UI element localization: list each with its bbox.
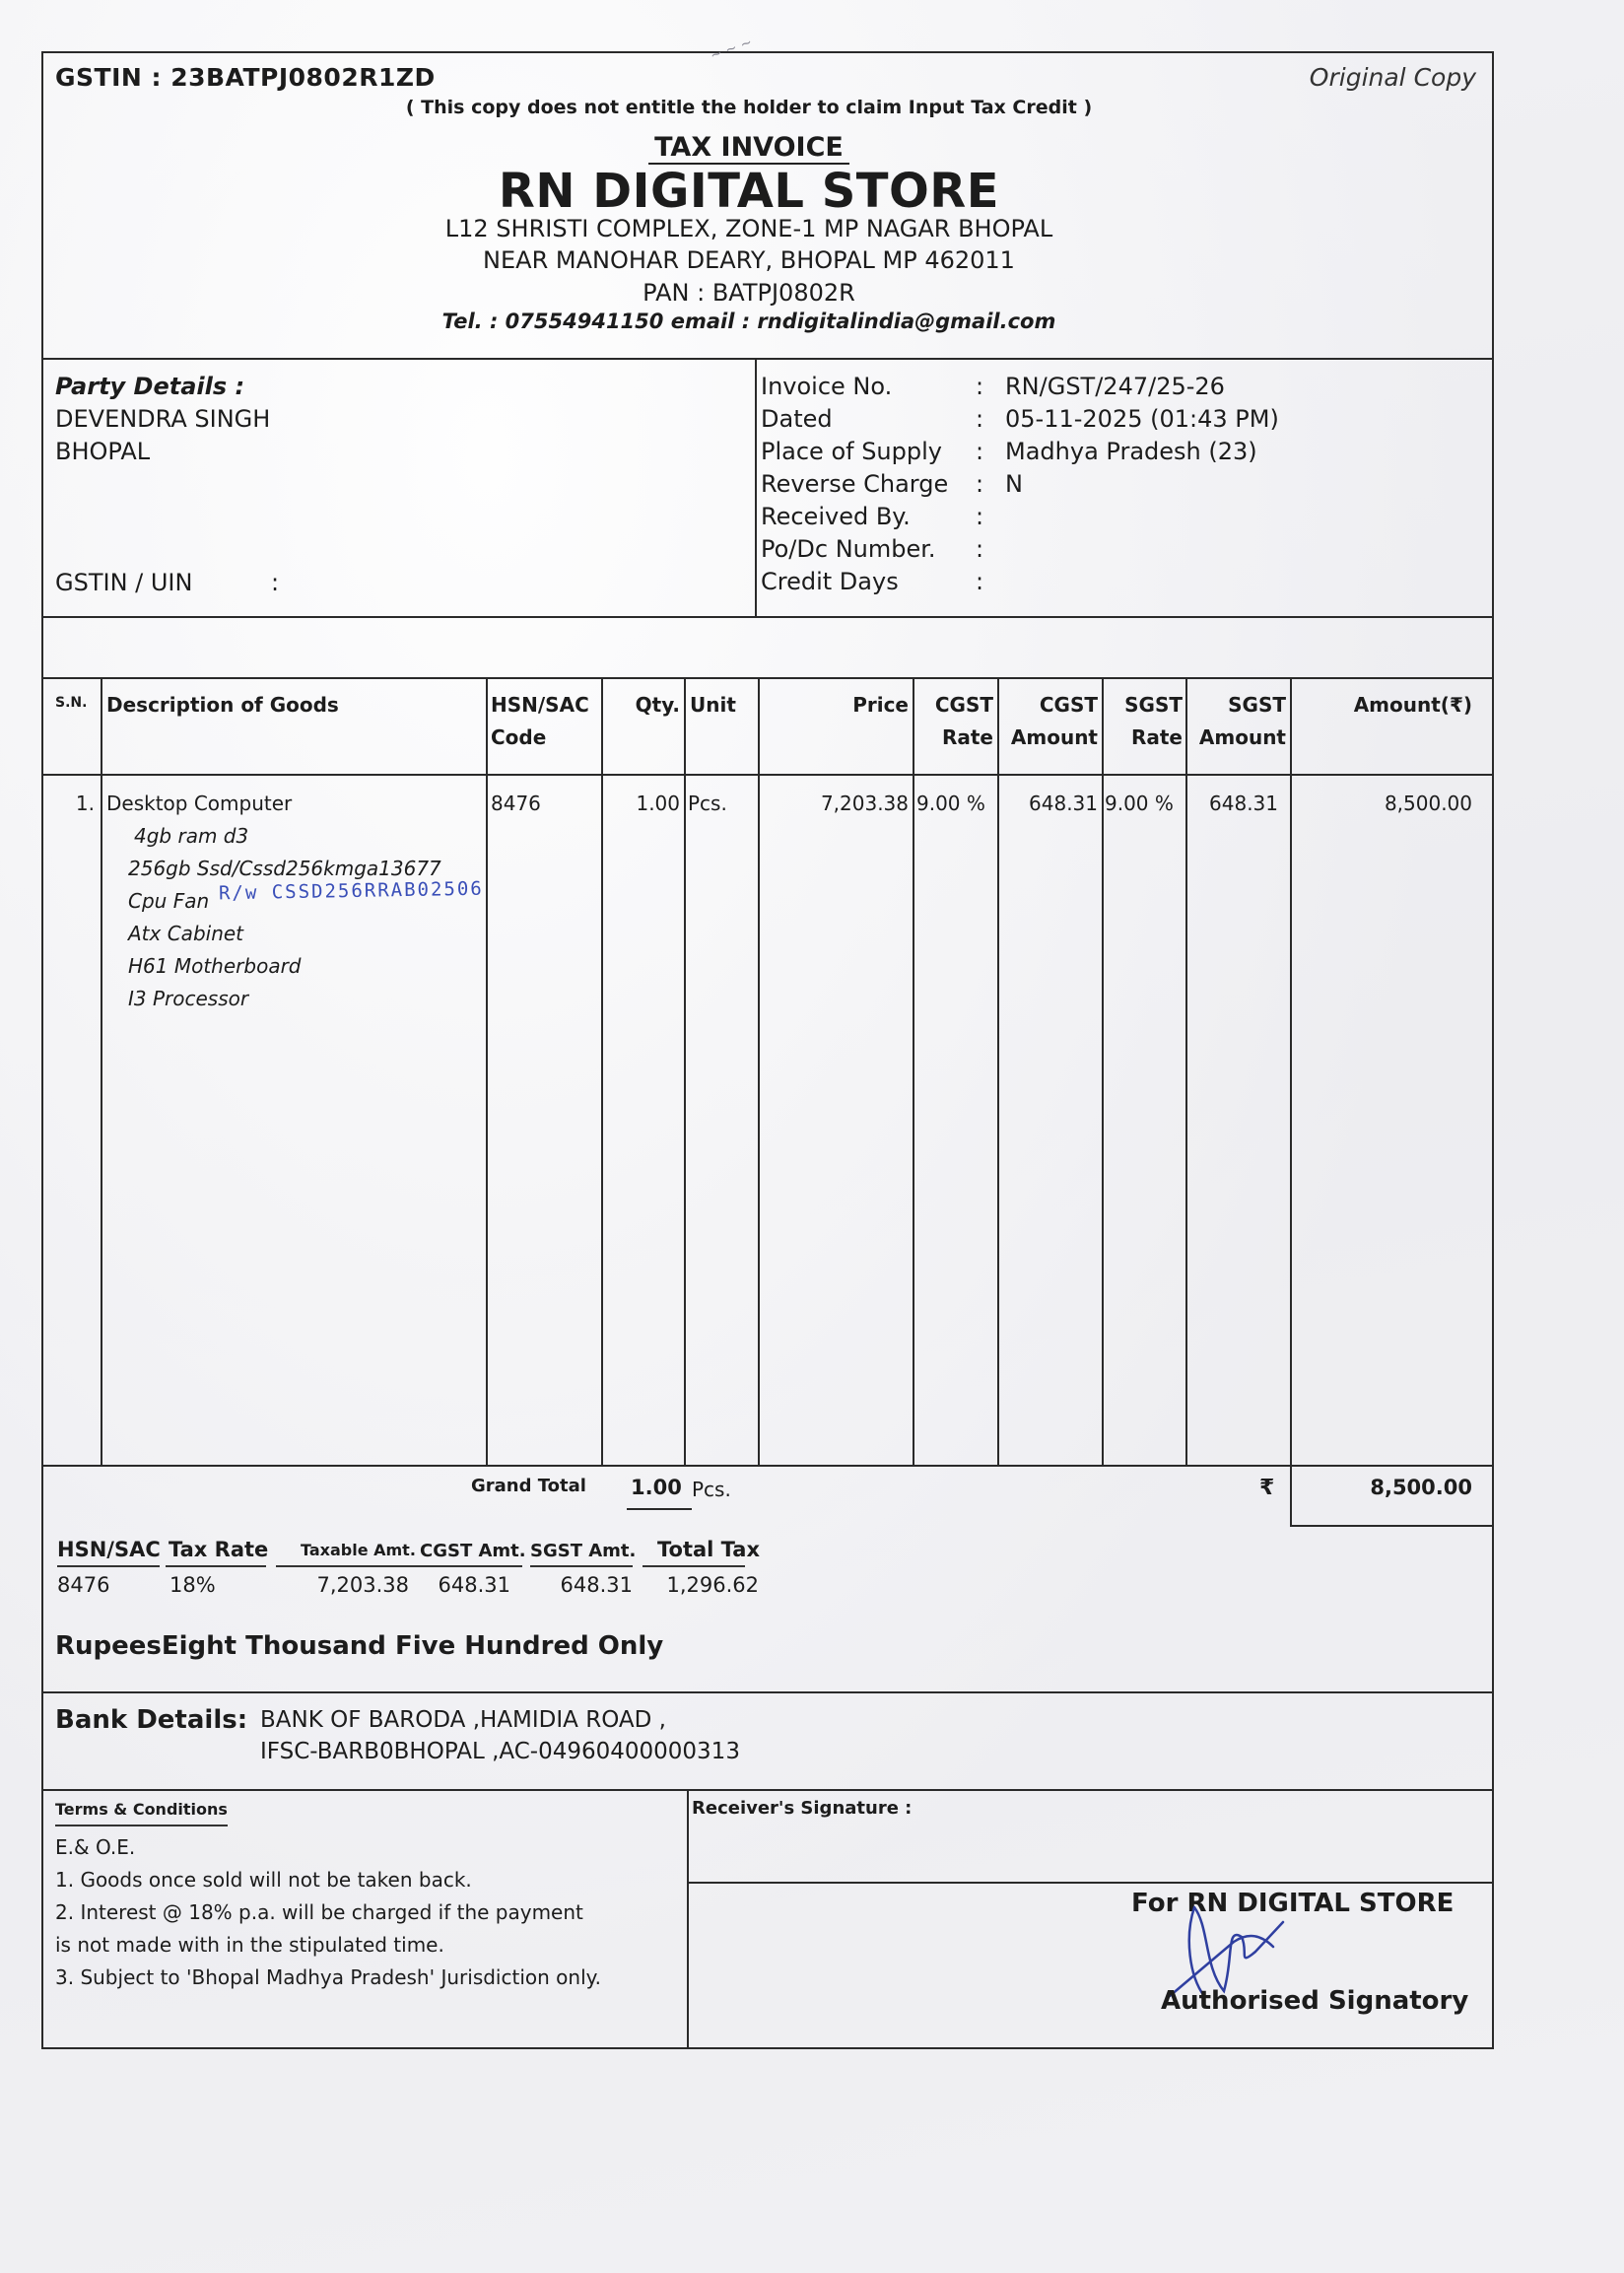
itc-note: ( This copy does not entitle the holder … bbox=[0, 97, 1498, 118]
th-description: Description of Goods bbox=[106, 693, 339, 717]
store-contact: Tel. : 07554941150 email : rndigitalindi… bbox=[0, 310, 1498, 333]
col-line bbox=[1102, 677, 1104, 1467]
divider-party-invoice bbox=[755, 358, 757, 618]
tax-summary-sgst: 648.31 bbox=[522, 1573, 633, 1597]
col-line bbox=[1290, 677, 1292, 1527]
tax-summary-hsn: 8476 bbox=[57, 1573, 109, 1597]
tax-summary-cgst-header: CGST Amt. bbox=[420, 1541, 526, 1561]
row-qty: 1.00 bbox=[603, 792, 680, 815]
th-sgst-rate: SGST bbox=[1106, 693, 1183, 717]
row-sub-item: I3 Processor bbox=[128, 987, 248, 1010]
col-line bbox=[684, 677, 686, 1467]
document-title: TAX INVOICE bbox=[0, 132, 1498, 163]
th-cgst-amount: CGST bbox=[1001, 693, 1098, 717]
table-bottom-line bbox=[41, 1465, 1494, 1467]
tax-summary-total: 1,296.62 bbox=[641, 1573, 759, 1597]
th-sgst-amount-2: Amount bbox=[1189, 725, 1286, 749]
col-line bbox=[1185, 677, 1187, 1467]
invoice-detail-value: N bbox=[1005, 470, 1023, 498]
terms-heading: Terms & Conditions bbox=[55, 1800, 228, 1826]
invoice-detail-separator: : bbox=[976, 568, 983, 595]
col-line bbox=[486, 677, 488, 1467]
divider-words bbox=[41, 1691, 1494, 1693]
grand-total-amount: 8,500.00 bbox=[1295, 1476, 1472, 1499]
divider-header bbox=[41, 358, 1494, 360]
grand-total-box-bottom bbox=[1290, 1525, 1494, 1527]
tax-summary-sgst-header: SGST Amt. bbox=[530, 1541, 636, 1561]
tax-summary-taxable: 7,203.38 bbox=[276, 1573, 409, 1597]
invoice-detail-separator: : bbox=[976, 535, 983, 563]
invoice-detail-label: Po/Dc Number. bbox=[761, 535, 936, 563]
row-sub-item: 4gb ram d3 bbox=[134, 824, 248, 848]
th-amount: Amount(₹) bbox=[1295, 693, 1472, 717]
th-sgst-amount: SGST bbox=[1189, 693, 1286, 717]
store-pan: PAN : BATPJ0802R bbox=[0, 279, 1498, 307]
invoice-detail-label: Invoice No. bbox=[761, 373, 892, 400]
tax-summary-cgst: 648.31 bbox=[414, 1573, 510, 1597]
rupee-icon: ₹ bbox=[1259, 1476, 1274, 1500]
grand-total-unit: Pcs. bbox=[692, 1478, 731, 1501]
row-sub-item: Atx Cabinet bbox=[128, 922, 243, 945]
underline bbox=[276, 1565, 522, 1567]
divider-party bbox=[41, 616, 1494, 618]
row-cgst-rate: 9.00 % bbox=[916, 792, 985, 815]
th-unit: Unit bbox=[690, 693, 736, 717]
party-gstin-label: GSTIN / UIN bbox=[55, 569, 192, 596]
invoice-detail-separator: : bbox=[976, 373, 983, 400]
divider-receiver bbox=[687, 1882, 1494, 1884]
invoice-detail-separator: : bbox=[976, 438, 983, 465]
tax-summary-hsn-header: HSN/SAC bbox=[57, 1538, 161, 1561]
handwritten-note: R/w CSSD256RRAB02506 bbox=[219, 878, 484, 905]
th-cgst-amount-2: Amount bbox=[1001, 725, 1098, 749]
th-cgst-rate: CGST bbox=[916, 693, 993, 717]
invoice-detail-value: 05-11-2025 (01:43 PM) bbox=[1005, 405, 1279, 433]
row-sub-item: Cpu Fan bbox=[128, 889, 209, 913]
th-price: Price bbox=[769, 693, 909, 717]
bank-line2: IFSC-BARB0BHOPAL ,AC-04960400000313 bbox=[260, 1739, 740, 1764]
th-hsn: HSN/SAC bbox=[491, 693, 589, 717]
divider-bank bbox=[41, 1789, 1494, 1791]
divider-terms-signature bbox=[687, 1789, 689, 2047]
authorised-signatory-label: Authorised Signatory bbox=[1161, 1986, 1468, 2016]
invoice-detail-separator: : bbox=[976, 405, 983, 433]
th-sgst-rate-2: Rate bbox=[1106, 725, 1183, 749]
row-price: 7,203.38 bbox=[769, 792, 909, 815]
copy-label: Original Copy bbox=[1310, 63, 1476, 92]
store-address-line2: NEAR MANOHAR DEARY, BHOPAL MP 462011 bbox=[0, 246, 1498, 274]
th-cgst-rate-2: Rate bbox=[916, 725, 993, 749]
terms-line: E.& O.E. bbox=[55, 1835, 135, 1859]
underline bbox=[166, 1565, 266, 1567]
invoice-detail-value: RN/GST/247/25-26 bbox=[1005, 373, 1225, 400]
row-description: Desktop Computer bbox=[106, 792, 292, 815]
invoice-detail-value: Madhya Pradesh (23) bbox=[1005, 438, 1257, 465]
grand-total-qty: 1.00 bbox=[631, 1476, 682, 1499]
party-heading: Party Details : bbox=[55, 373, 244, 400]
invoice-detail-label: Place of Supply bbox=[761, 438, 942, 465]
tax-summary-rate: 18% bbox=[169, 1573, 216, 1597]
table-top-line bbox=[41, 677, 1494, 679]
bank-label: Bank Details: bbox=[55, 1705, 247, 1735]
seller-gstin: GSTIN : 23BATPJ0802R1ZD bbox=[55, 63, 436, 92]
row-sub-item: 256gb Ssd/Cssd256kmga13677 bbox=[128, 857, 441, 880]
th-qty: Qty. bbox=[603, 693, 680, 717]
col-line bbox=[997, 677, 999, 1467]
invoice-paper: ~ ~ ~ GSTIN : 23BATPJ0802R1ZD Original C… bbox=[0, 0, 1624, 2273]
tax-summary-total-header: Total Tax bbox=[657, 1538, 760, 1561]
th-hsn-code: Code bbox=[491, 725, 546, 749]
row-sgst-amount: 648.31 bbox=[1189, 792, 1278, 815]
terms-line: 1. Goods once sold will not be taken bac… bbox=[55, 1868, 472, 1892]
underline bbox=[530, 1565, 633, 1567]
bank-line1: BANK OF BARODA ,HAMIDIA ROAD , bbox=[260, 1707, 666, 1733]
party-name: DEVENDRA SINGH bbox=[55, 405, 270, 433]
row-amount: 8,500.00 bbox=[1295, 792, 1472, 815]
invoice-detail-label: Credit Days bbox=[761, 568, 899, 595]
table-header-line bbox=[41, 774, 1494, 776]
row-sub-item: H61 Motherboard bbox=[128, 954, 302, 978]
receiver-signature-label: Receiver's Signature : bbox=[692, 1798, 912, 1819]
th-sn: S.N. bbox=[55, 695, 87, 711]
row-sn: 1. bbox=[55, 792, 95, 815]
document-title-text: TAX INVOICE bbox=[648, 132, 849, 165]
tax-summary-rate-header: Tax Rate bbox=[169, 1538, 268, 1561]
underline bbox=[643, 1565, 745, 1567]
amount-in-words: RupeesEight Thousand Five Hundred Only bbox=[55, 1631, 663, 1661]
row-sgst-rate: 9.00 % bbox=[1105, 792, 1174, 815]
invoice-detail-label: Dated bbox=[761, 405, 833, 433]
invoice-detail-label: Received By. bbox=[761, 503, 911, 530]
tax-summary-taxable-header: Taxable Amt. bbox=[301, 1541, 416, 1559]
store-name: RN DIGITAL STORE bbox=[0, 164, 1498, 219]
row-cgst-amount: 648.31 bbox=[1001, 792, 1098, 815]
terms-line: 3. Subject to 'Bhopal Madhya Pradesh' Ju… bbox=[55, 1965, 601, 1989]
col-line bbox=[758, 677, 760, 1467]
grand-total-label: Grand Total bbox=[471, 1476, 586, 1496]
col-line bbox=[101, 677, 102, 1467]
invoice-detail-separator: : bbox=[976, 470, 983, 498]
invoice-detail-separator: : bbox=[976, 503, 983, 530]
underline bbox=[57, 1565, 160, 1567]
terms-line: is not made with in the stipulated time. bbox=[55, 1933, 444, 1957]
store-address-line1: L12 SHRISTI COMPLEX, ZONE-1 MP NAGAR BHO… bbox=[0, 215, 1498, 242]
terms-line: 2. Interest @ 18% p.a. will be charged i… bbox=[55, 1900, 583, 1924]
party-gstin-separator: : bbox=[271, 569, 279, 596]
row-hsn: 8476 bbox=[491, 792, 541, 815]
invoice-detail-label: Reverse Charge bbox=[761, 470, 948, 498]
row-unit: Pcs. bbox=[688, 792, 727, 815]
col-line bbox=[913, 677, 914, 1467]
grand-total-qty-underline bbox=[627, 1508, 692, 1510]
party-city: BHOPAL bbox=[55, 438, 150, 465]
